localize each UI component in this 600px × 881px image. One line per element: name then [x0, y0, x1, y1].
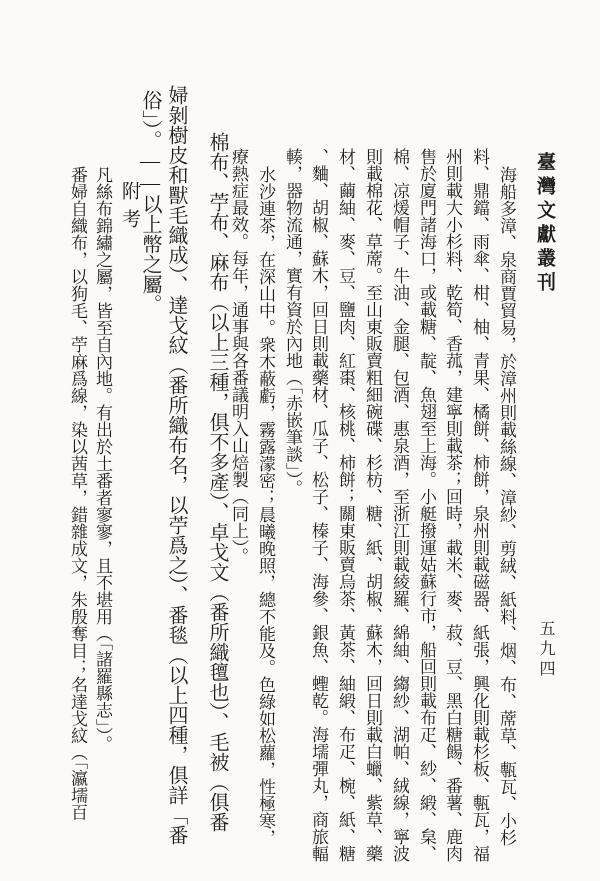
- book-page: 臺灣文獻叢刊 五九四 海船多漳、泉商賈貿易，於漳州則載絲線、漳紗、剪絨、紙料、烟…: [0, 0, 600, 881]
- text-column: 材、繭紬、麥、豆、鹽肉、紅棗、核桃、柿餅；關東販賣烏茶、黃茶、紬緞、布疋、椀、紙…: [332, 148, 358, 862]
- text-column: 海船多漳、泉商賈貿易，於漳州則載絲線、漳紗、剪絨、紙料、烟、布、蓆草、甎瓦、小杉: [493, 166, 519, 846]
- text-column: 水沙連茶，在深山中。衆木蔽虧，霧露濛密；晨曦晚照，總不能及。色綠如松蘿，性極寒，: [252, 166, 278, 846]
- text-column: 則載棉花、草蓆。至山東販賣粗細碗碟、杉枋、糖、紙、胡椒、蘇木，回日則載白蠟、紫草…: [359, 148, 385, 862]
- text-column: 婦剝樹皮和獸毛織成）、達戈紋（番所織布名，以苧爲之）、番毯（以上四種，俱詳「番: [164, 85, 188, 845]
- text-column: 、麯、胡椒、蘇木，回日則載藥材、瓜子、松子、榛子、海參、銀魚、蟶乾。海壖彈丸，商…: [305, 148, 331, 862]
- text-column: 俗」）。——以上幣之屬。: [138, 90, 162, 314]
- text-column: 棉布、苧布、麻布（以上三種，俱不多產）、卓戈文（番所織氊也）、毛被（俱番: [205, 132, 229, 832]
- text-column: 棉、凉煖帽子、牛油、金腿、包酒、惠泉酒，至浙江則載綾羅、綿紬、縐紗、湖帕、絨線，…: [386, 148, 412, 862]
- text-column: 售於廈門諸海口，或載糖、靛、魚翅至上海。小艇撥運姑蘇行市，船回則載布疋、紗、緞、…: [413, 148, 439, 862]
- series-title: 臺灣文獻叢刊: [533, 152, 555, 296]
- text-column: 番婦自織布，以狗毛、苧麻爲線，染以茜草，錯雜成文，朱殷奪目；名達戈紋（「瀛壖百: [64, 166, 90, 821]
- appendix-heading: 附考: [118, 181, 140, 237]
- text-column: 州則載大小杉料、乾筍、香菰，建寧則載茶；回時，載米、麥、菽、豆、黑白糖餳、番薯、…: [439, 148, 465, 862]
- text-column: 凡絲布錦繡之屬，皆至自內地。有出於土番者寥寥，且不堪用（「諸羅縣志」）。: [89, 166, 115, 753]
- text-column: 輳，器物流通，實有資於內地（「赤嵌筆談」）。: [279, 148, 305, 497]
- page-number: 五九四: [536, 620, 554, 680]
- text-column: 料、鼎鐺、雨傘、柑、柚、青果、橘餅、柿餅，泉州則載磁器、紙張，興化則載杉板、甎瓦…: [466, 148, 492, 862]
